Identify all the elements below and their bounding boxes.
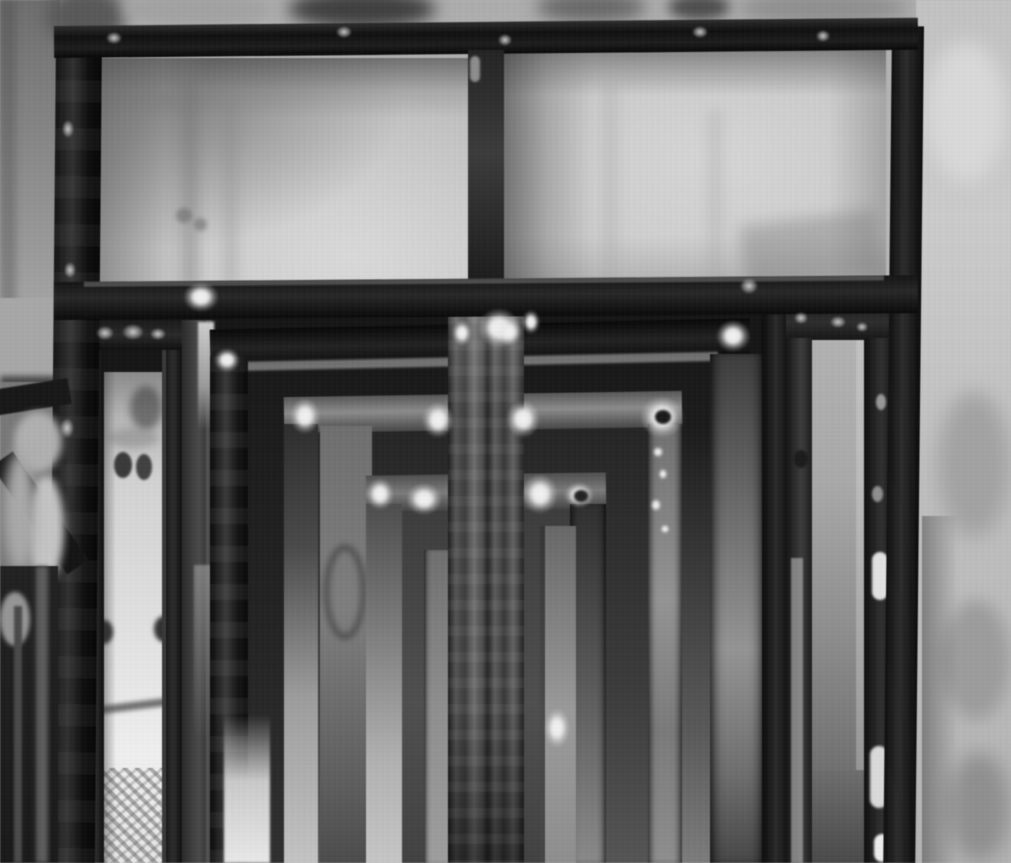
lit-wall-column	[102, 372, 164, 863]
weld-dot	[658, 468, 668, 480]
frame3-left-stile	[284, 424, 318, 863]
wall-sill-band	[0, 298, 58, 384]
transom-center-mullion	[468, 50, 504, 294]
wall-right-bright-patch	[926, 42, 1006, 182]
paint-chip	[122, 324, 144, 340]
paint-chip	[816, 30, 830, 42]
weld-spot	[506, 400, 540, 438]
paint-chip-hole	[114, 452, 132, 478]
transom-left-pane	[96, 58, 472, 290]
paint-chip-hole	[136, 454, 152, 480]
weld-spot	[640, 396, 684, 438]
weld-dot	[876, 394, 886, 410]
weld-spot	[496, 318, 522, 346]
frame5-right-stile	[540, 526, 576, 863]
weld-spot	[290, 398, 320, 434]
weld-dot	[660, 524, 670, 534]
paint-chip	[64, 262, 76, 278]
mullion-paint-chip	[470, 56, 480, 82]
weld-spot	[544, 708, 570, 748]
column-dark-blotch	[130, 386, 162, 430]
weld-dot	[872, 486, 883, 502]
bar-lit-streak	[36, 566, 48, 863]
weld-dot	[652, 446, 664, 458]
weld-spot	[452, 320, 472, 346]
narrow-right-frame-opening	[812, 340, 868, 782]
weld-spot	[422, 402, 454, 438]
frame4-left-stile	[366, 504, 402, 863]
ring-stain	[323, 544, 367, 640]
pane-stain-streak	[182, 80, 198, 288]
weld-spot	[406, 483, 442, 515]
weld-spot	[366, 478, 394, 510]
frame-cast-shadow	[922, 516, 958, 863]
weld-spot	[564, 482, 594, 508]
shadowed-wall-column	[320, 426, 372, 863]
paint-chip	[830, 316, 846, 328]
narrow-right-frame-left-stile	[786, 338, 814, 863]
weld-dark-core	[574, 490, 588, 502]
paint-chip	[150, 328, 166, 340]
transom-right-pane	[502, 48, 886, 288]
paint-chip	[740, 278, 758, 294]
lit-floor-wedge	[224, 714, 270, 863]
pane-stain-streak	[224, 100, 237, 288]
frame2-interior-right-sliver	[678, 430, 714, 863]
pane-stain-streak	[602, 78, 618, 284]
narrow-frame-right-stile	[162, 320, 182, 863]
paint-chip	[60, 418, 74, 438]
weld-spot	[522, 310, 540, 334]
photograph-steel-frames	[0, 0, 1011, 863]
weld-spot	[522, 474, 558, 514]
pane-stain-dot	[176, 208, 192, 223]
bolt-hole	[794, 450, 808, 468]
pane-stain-dot	[194, 218, 207, 231]
stile-lit-streak	[791, 558, 803, 863]
paint-chip	[336, 26, 352, 38]
bar-dark-streak	[14, 606, 22, 863]
frame3-right-stile	[648, 424, 682, 863]
pane-stain-streak	[708, 110, 722, 284]
central-mullion	[448, 314, 524, 863]
column-left-shade	[102, 372, 116, 863]
weld-spot	[716, 320, 750, 352]
paint-chip	[856, 322, 868, 332]
weld-dark-core	[655, 410, 671, 424]
stile-lit-edge	[162, 320, 166, 863]
wall-gray-blob	[4, 450, 36, 572]
paint-chip	[692, 26, 708, 38]
paint-chip	[106, 32, 122, 44]
paint-chip	[96, 326, 114, 340]
frame2-right-stile	[710, 354, 764, 863]
narrow-right-frame-below-opening	[812, 770, 868, 863]
stile-dark-seam	[540, 526, 545, 863]
paint-chip	[794, 312, 808, 324]
weld-spot	[183, 282, 219, 312]
weld-dot	[650, 498, 662, 512]
weld-spot	[214, 348, 240, 372]
paint-chip	[62, 120, 74, 138]
far-left-lower-dark	[0, 566, 58, 863]
paint-chip	[498, 34, 512, 46]
scene-layers	[0, 0, 1011, 863]
